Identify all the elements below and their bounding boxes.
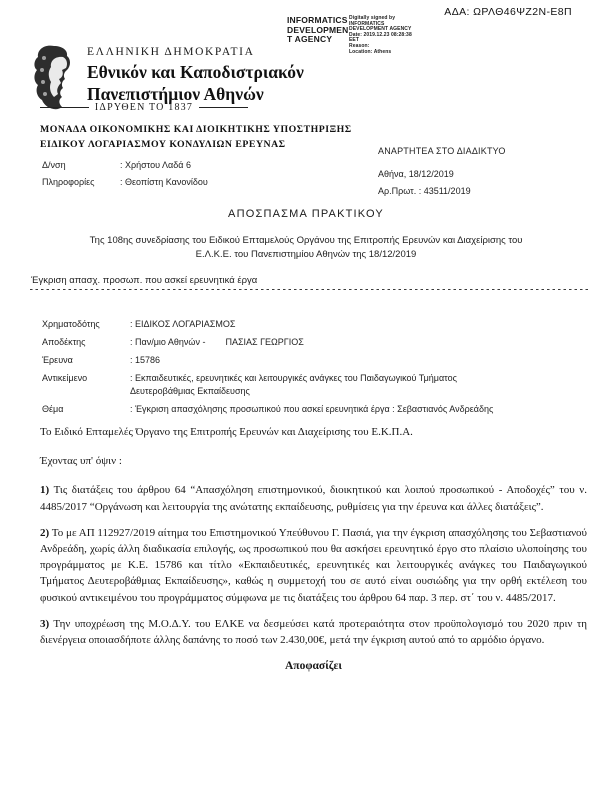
address-value: : Χρήστου Λαδά 6 (120, 160, 191, 170)
founded-text: ΙΔΡΥΘΕΝ ΤΟ 1837 (89, 102, 199, 113)
item-text: Την υποχρέωση της Μ.Ο.Δ.Υ. του ΕΛΚΕ να δ… (40, 618, 587, 646)
body-having: Έχοντας υπ' όψιν : (40, 453, 587, 469)
university-name-line1: Εθνικόν και Καποδιστριακόν (87, 61, 304, 83)
field-row-subject: Θέμα : Έγκριση απασχόλησης προσωπικού πο… (42, 403, 512, 416)
founded-line: ΙΔΡΥΘΕΝ ΤΟ 1837 (40, 102, 248, 113)
body-intro: Το Ειδικό Επταμελές Όργανο της Επιτροπής… (40, 424, 587, 440)
field-value: : 15786 (130, 354, 508, 367)
founded-rule-right (199, 107, 248, 108)
republic-title: ΕΛΛΗΝΙΚΗ ΔΗΜΟΚΡΑΤΙΑ (87, 46, 304, 58)
item-number: 1) (40, 484, 49, 496)
fields-table: Χρηματοδότης : ΕΙΔΙΚΟΣ ΛΟΓΑΡΙΑΣΜΟΣ Αποδέ… (42, 318, 512, 421)
field-label: Χρηματοδότης (42, 318, 130, 331)
item-number: 2) (40, 527, 49, 539)
field-row-funder: Χρηματοδότης : ΕΙΔΙΚΟΣ ΛΟΓΑΡΙΑΣΜΟΣ (42, 318, 512, 331)
address-row: Δ/νση : Χρήστου Λαδά 6 (42, 160, 208, 177)
signature-line: Location: Athens (349, 50, 423, 56)
session-line2: Ε.Λ.Κ.Ε. του Πανεπιστημίου Αθηνών της 18… (36, 248, 576, 262)
session-description: Της 108ης συνεδρίασης του Ειδικού Επταμε… (36, 234, 576, 262)
field-label: Θέμα (42, 403, 130, 416)
dashed-separator (30, 289, 590, 291)
field-value: : Έγκριση απασχόλησης προσωπικού που ασκ… (130, 403, 508, 416)
field-value: : Εκπαιδευτικές, ερευνητικές και λειτουρ… (130, 372, 508, 397)
founded-rule-left (40, 107, 89, 108)
digital-signature-stamp: INFORMATICS DEVELOPMEN T AGENCY Digitall… (287, 16, 427, 55)
unit-name: ΜΟΝΑΔΑ ΟΙΚΟΝΟΜΙΚΗΣ ΚΑΙ ΔΙΟΙΚΗΤΙΚΗΣ ΥΠΟΣΤ… (40, 123, 352, 152)
meta-block: ΑΝΑΡΤΗΤΕΑ ΣΤΟ ΔΙΑΔΙΚΤΥΟ Αθήνα, 18/12/201… (378, 146, 506, 196)
university-name: Εθνικόν και Καποδιστριακόν Πανεπιστήμιον… (87, 61, 304, 105)
body-item-3: 3) Την υποχρέωση της Μ.Ο.Δ.Υ. του ΕΛΚΕ ν… (40, 616, 587, 648)
field-value: : Παν/μιο Αθηνών - ΠΑΣΙΑΣ ΓΕΩΡΓΙΟΣ (130, 336, 508, 349)
posting-notice: ΑΝΑΡΤΗΤΕΑ ΣΤΟ ΔΙΑΔΙΚΤΥΟ (378, 146, 506, 156)
session-line1: Της 108ης συνεδρίασης του Ειδικού Επταμε… (36, 234, 576, 248)
signature-details: Digitally signed by INFORMATICS DEVELOPM… (349, 16, 423, 55)
field-value: : ΕΙΔΙΚΟΣ ΛΟΓΑΡΙΑΣΜΟΣ (130, 318, 508, 331)
info-value: : Θεοπίστη Κανονίδου (120, 177, 208, 187)
document-page: ΑΔΑ: ΩΡΛΘ46ΨΖ2Ν-Ε8Π INFORMATICS DEVELOPM… (0, 0, 612, 792)
body-item-1: 1) Τις διατάξεις του άρθρου 64 “Απασχόλη… (40, 482, 587, 514)
field-label: Έρευνα (42, 354, 130, 367)
contact-block: Δ/νση : Χρήστου Λαδά 6 Πληροφορίες : Θεο… (42, 160, 208, 194)
body-text: Το Ειδικό Επταμελές Όργανο της Επιτροπής… (40, 424, 587, 674)
decides-heading: Αποφασίζει (40, 658, 587, 674)
signature-line: Date: 2019.12.23 08:28:38 (349, 33, 423, 39)
subject-summary: Έγκριση απασχ. προσωπ. που ασκεί ερευνητ… (31, 275, 257, 286)
field-label: Αντικείμενο (42, 372, 130, 397)
field-label: Αποδέκτης (42, 336, 130, 349)
body-item-2: 2) Το με ΑΠ 112927/2019 αίτημα του Επιστ… (40, 525, 587, 606)
field-row-object: Αντικείμενο : Εκπαιδευτικές, ερευνητικές… (42, 372, 512, 397)
item-text: Τις διατάξεις του άρθρου 64 “Απασχόληση … (40, 484, 587, 512)
unit-name-line1: ΜΟΝΑΔΑ ΟΙΚΟΝΟΜΙΚΗΣ ΚΑΙ ΔΙΟΙΚΗΤΙΚΗΣ ΥΠΟΣΤ… (40, 123, 352, 138)
address-label: Δ/νση (42, 160, 120, 170)
item-text: Το με ΑΠ 112927/2019 αίτημα του Επιστημο… (40, 527, 587, 604)
info-label: Πληροφορίες (42, 177, 120, 187)
field-row-research: Έρευνα : 15786 (42, 354, 512, 367)
ada-number: ΑΔΑ: ΩΡΛΘ46ΨΖ2Ν-Ε8Π (444, 6, 572, 18)
document-title: ΑΠΟΣΠΑΣΜΑ ΠΡΑΚΤΙΚΟΥ (0, 208, 612, 220)
info-row: Πληροφορίες : Θεοπίστη Κανονίδου (42, 177, 208, 194)
protocol-line: Αρ.Πρωτ. : 43511/2019 (378, 186, 506, 196)
field-row-recipient: Αποδέκτης : Παν/μιο Αθηνών - ΠΑΣΙΑΣ ΓΕΩΡ… (42, 336, 512, 349)
unit-name-line2: ΕΙΔΙΚΟΥ ΛΟΓΑΡΙΑΣΜΟΥ ΚΟΝΔΥΛΙΩΝ ΕΡΕΥΝΑΣ (40, 138, 352, 153)
city-date-line: Αθήνα, 18/12/2019 (378, 169, 506, 179)
item-number: 3) (40, 618, 49, 630)
